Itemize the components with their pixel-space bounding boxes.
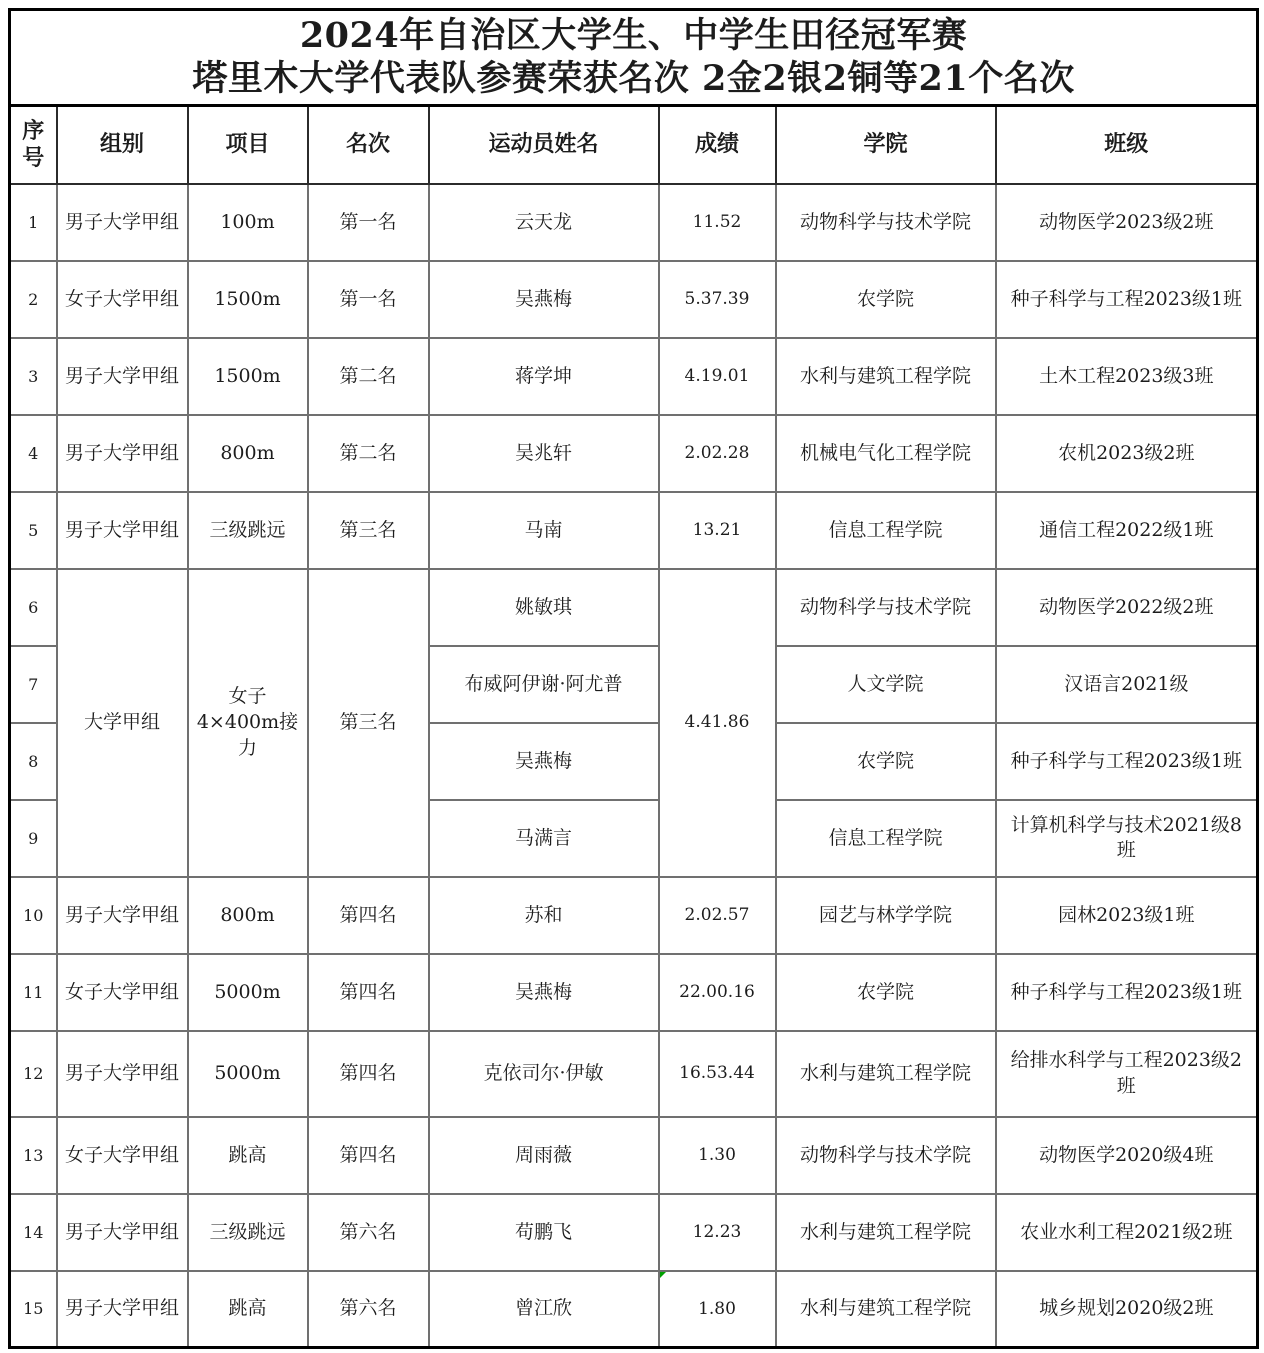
cell-name: 苟鹏飞: [429, 1194, 659, 1271]
cell-no: 1: [10, 184, 57, 261]
cell-group: 男子大学甲组: [57, 492, 188, 569]
table-row-relay: 6 大学甲组 女子4×400m接力 第三名 姚敏琪 4.41.86 动物科学与技…: [10, 569, 1258, 646]
cell-class: 动物医学2020级4班: [996, 1117, 1258, 1194]
cell-group-merged: 大学甲组: [57, 569, 188, 877]
cell-result: 11.52: [659, 184, 776, 261]
header-rank: 名次: [308, 106, 429, 184]
cell-event: 100m: [188, 184, 308, 261]
cell-class: 农业水利工程2021级2班: [996, 1194, 1258, 1271]
cell-no: 15: [10, 1271, 57, 1348]
cell-name: 苏和: [429, 877, 659, 954]
cell-name: 云天龙: [429, 184, 659, 261]
cell-name: 吴燕梅: [429, 723, 659, 800]
cell-name: 吴燕梅: [429, 261, 659, 338]
cell-college: 动物科学与技术学院: [776, 1117, 996, 1194]
cell-name: 蒋学坤: [429, 338, 659, 415]
cell-name: 姚敏琪: [429, 569, 659, 646]
cell-class: 城乡规划2020级2班: [996, 1271, 1258, 1348]
cell-rank: 第二名: [308, 415, 429, 492]
cell-result: 22.00.16: [659, 954, 776, 1031]
table-row: 12 男子大学甲组 5000m 第四名 克依司尔·伊敏 16.53.44 水利与…: [10, 1031, 1258, 1117]
cell-class: 农机2023级2班: [996, 415, 1258, 492]
cell-name: 马满言: [429, 800, 659, 877]
header-college: 学院: [776, 106, 996, 184]
cell-rank: 第四名: [308, 1117, 429, 1194]
cell-college: 园艺与林学学院: [776, 877, 996, 954]
cell-college: 水利与建筑工程学院: [776, 338, 996, 415]
table-row: 10 男子大学甲组 800m 第四名 苏和 2.02.57 园艺与林学学院 园林…: [10, 877, 1258, 954]
cell-event: 1500m: [188, 261, 308, 338]
cell-college: 人文学院: [776, 646, 996, 723]
title-line-2: 塔里木大学代表队参赛荣获名次 2金2银2铜等21个名次: [13, 58, 1254, 101]
cell-event: 5000m: [188, 1031, 308, 1117]
cell-result: 12.23: [659, 1194, 776, 1271]
table-row: 4 男子大学甲组 800m 第二名 吴兆轩 2.02.28 机械电气化工程学院 …: [10, 415, 1258, 492]
header-class: 班级: [996, 106, 1258, 184]
cell-class: 计算机科学与技术2021级8班: [996, 800, 1258, 877]
cell-event: 800m: [188, 415, 308, 492]
header-group: 组别: [57, 106, 188, 184]
cell-no: 8: [10, 723, 57, 800]
cell-event: 5000m: [188, 954, 308, 1031]
cell-class: 土木工程2023级3班: [996, 338, 1258, 415]
cell-name: 吴燕梅: [429, 954, 659, 1031]
cell-group: 男子大学甲组: [57, 1271, 188, 1348]
cell-rank: 第二名: [308, 338, 429, 415]
cell-result: 2.02.57: [659, 877, 776, 954]
cell-group: 男子大学甲组: [57, 415, 188, 492]
cell-class: 种子科学与工程2023级1班: [996, 261, 1258, 338]
cell-rank: 第四名: [308, 954, 429, 1031]
cell-rank: 第一名: [308, 261, 429, 338]
cell-no: 5: [10, 492, 57, 569]
cell-rank: 第四名: [308, 877, 429, 954]
cell-rank: 第六名: [308, 1271, 429, 1348]
cell-class: 种子科学与工程2023级1班: [996, 954, 1258, 1031]
table-row: 2 女子大学甲组 1500m 第一名 吴燕梅 5.37.39 农学院 种子科学与…: [10, 261, 1258, 338]
table-row: 5 男子大学甲组 三级跳远 第三名 马南 13.21 信息工程学院 通信工程20…: [10, 492, 1258, 569]
table-row: 13 女子大学甲组 跳高 第四名 周雨薇 1.30 动物科学与技术学院 动物医学…: [10, 1117, 1258, 1194]
results-table: 2024年自治区大学生、中学生田径冠军赛 塔里木大学代表队参赛荣获名次 2金2银…: [8, 8, 1259, 1349]
cell-college: 农学院: [776, 261, 996, 338]
cell-no: 14: [10, 1194, 57, 1271]
cell-rank: 第四名: [308, 1031, 429, 1117]
cell-event-merged: 女子4×400m接力: [188, 569, 308, 877]
cell-group: 女子大学甲组: [57, 261, 188, 338]
cell-result: 5.37.39: [659, 261, 776, 338]
table-row: 14 男子大学甲组 三级跳远 第六名 苟鹏飞 12.23 水利与建筑工程学院 农…: [10, 1194, 1258, 1271]
cell-event: 800m: [188, 877, 308, 954]
cell-name: 克依司尔·伊敏: [429, 1031, 659, 1117]
cell-college: 动物科学与技术学院: [776, 569, 996, 646]
table-row: 1 男子大学甲组 100m 第一名 云天龙 11.52 动物科学与技术学院 动物…: [10, 184, 1258, 261]
cell-class: 动物医学2022级2班: [996, 569, 1258, 646]
cell-class: 动物医学2023级2班: [996, 184, 1258, 261]
cell-name: 马南: [429, 492, 659, 569]
cell-name: 吴兆轩: [429, 415, 659, 492]
cell-rank: 第一名: [308, 184, 429, 261]
cell-college: 信息工程学院: [776, 800, 996, 877]
cell-class: 通信工程2022级1班: [996, 492, 1258, 569]
cell-result: 1.80: [659, 1271, 776, 1348]
cell-college: 水利与建筑工程学院: [776, 1031, 996, 1117]
cell-no: 12: [10, 1031, 57, 1117]
cell-group: 男子大学甲组: [57, 1031, 188, 1117]
cell-group: 男子大学甲组: [57, 877, 188, 954]
header-row: 序号 组别 项目 名次 运动员姓名 成绩 学院 班级: [10, 106, 1258, 184]
cell-class: 给排水科学与工程2023级2班: [996, 1031, 1258, 1117]
cell-group: 男子大学甲组: [57, 184, 188, 261]
cell-result-value: 1.80: [698, 1299, 736, 1319]
cell-no: 7: [10, 646, 57, 723]
cell-rank-merged: 第三名: [308, 569, 429, 877]
cell-event: 跳高: [188, 1117, 308, 1194]
cell-result: 1.30: [659, 1117, 776, 1194]
cell-event: 跳高: [188, 1271, 308, 1348]
cell-name: 曾江欣: [429, 1271, 659, 1348]
cell-result: 13.21: [659, 492, 776, 569]
cell-result: 4.19.01: [659, 338, 776, 415]
header-no: 序号: [10, 106, 57, 184]
cell-class: 种子科学与工程2023级1班: [996, 723, 1258, 800]
cell-result: 2.02.28: [659, 415, 776, 492]
title-row: 2024年自治区大学生、中学生田径冠军赛 塔里木大学代表队参赛荣获名次 2金2银…: [10, 10, 1258, 106]
cell-no: 13: [10, 1117, 57, 1194]
cell-no: 4: [10, 415, 57, 492]
title-line-1: 2024年自治区大学生、中学生田径冠军赛: [13, 15, 1254, 58]
cell-result: 16.53.44: [659, 1031, 776, 1117]
cell-name: 布威阿伊谢·阿尤普: [429, 646, 659, 723]
cell-college: 农学院: [776, 954, 996, 1031]
cell-name: 周雨薇: [429, 1117, 659, 1194]
cell-group: 男子大学甲组: [57, 1194, 188, 1271]
cell-college: 信息工程学院: [776, 492, 996, 569]
cell-no: 11: [10, 954, 57, 1031]
cell-group: 女子大学甲组: [57, 954, 188, 1031]
cell-group: 男子大学甲组: [57, 338, 188, 415]
cell-rank: 第六名: [308, 1194, 429, 1271]
cell-rank: 第三名: [308, 492, 429, 569]
cell-college: 机械电气化工程学院: [776, 415, 996, 492]
table-row: 15 男子大学甲组 跳高 第六名 曾江欣 1.80 水利与建筑工程学院 城乡规划…: [10, 1271, 1258, 1348]
cell-college: 动物科学与技术学院: [776, 184, 996, 261]
cell-event: 三级跳远: [188, 492, 308, 569]
cell-no: 9: [10, 800, 57, 877]
cell-group: 女子大学甲组: [57, 1117, 188, 1194]
error-indicator-triangle: [660, 1272, 666, 1278]
cell-college: 水利与建筑工程学院: [776, 1194, 996, 1271]
cell-event: 三级跳远: [188, 1194, 308, 1271]
header-event: 项目: [188, 106, 308, 184]
cell-no: 6: [10, 569, 57, 646]
cell-no: 2: [10, 261, 57, 338]
cell-result-merged: 4.41.86: [659, 569, 776, 877]
cell-no: 3: [10, 338, 57, 415]
cell-college: 农学院: [776, 723, 996, 800]
cell-no: 10: [10, 877, 57, 954]
page: 2024年自治区大学生、中学生田径冠军赛 塔里木大学代表队参赛荣获名次 2金2银…: [0, 0, 1264, 1349]
table-row: 3 男子大学甲组 1500m 第二名 蒋学坤 4.19.01 水利与建筑工程学院…: [10, 338, 1258, 415]
header-name: 运动员姓名: [429, 106, 659, 184]
cell-class: 园林2023级1班: [996, 877, 1258, 954]
cell-college: 水利与建筑工程学院: [776, 1271, 996, 1348]
cell-event: 1500m: [188, 338, 308, 415]
cell-class: 汉语言2021级: [996, 646, 1258, 723]
header-result: 成绩: [659, 106, 776, 184]
document-title: 2024年自治区大学生、中学生田径冠军赛 塔里木大学代表队参赛荣获名次 2金2银…: [10, 10, 1258, 106]
table-row: 11 女子大学甲组 5000m 第四名 吴燕梅 22.00.16 农学院 种子科…: [10, 954, 1258, 1031]
